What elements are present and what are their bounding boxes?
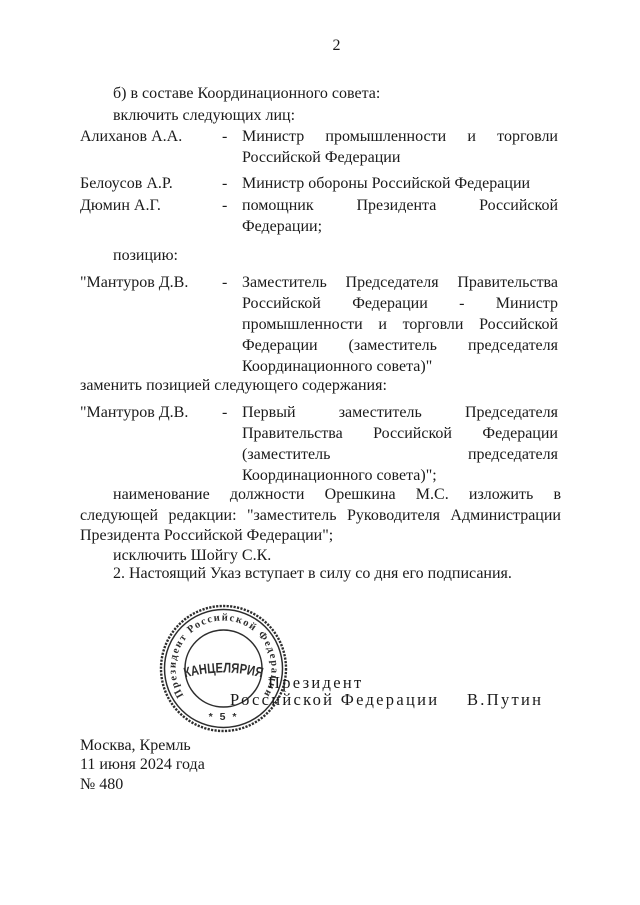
footer-date: 11 июня 2024 года [80, 755, 561, 774]
role-line: Координационного совета)"; [242, 465, 558, 486]
role-line: Правительства Российской Федерации [242, 423, 558, 444]
role-line: Министр промышленности и торговли [242, 126, 558, 147]
member-row-alikhanov: Алиханов А.А. - Министр промышленности и… [80, 126, 561, 168]
footer-number: № 480 [80, 775, 561, 794]
role-line: Российской Федерации [242, 147, 558, 168]
stamp-bottom-text: * 5 * [209, 711, 239, 723]
oreshkin-paragraph: наименование должности Орешкина М.С. изл… [80, 485, 561, 547]
footer-place: Москва, Кремль [80, 736, 561, 755]
dash-separator: - [222, 173, 242, 194]
include-line: включить следующих лиц: [80, 105, 561, 127]
clause-b-line: б) в составе Координационного совета: [80, 83, 561, 105]
position-intro-line: позицию: [80, 245, 561, 266]
role-line: промышленности и торговли Российской [242, 314, 558, 335]
decree-page: 2 б) в составе Координационного совета: … [0, 0, 640, 905]
member-name: Белоусов А.Р. [80, 173, 222, 194]
intro-paragraphs: б) в составе Координационного совета: вк… [80, 83, 561, 127]
replace-line: заменить позицией следующего содержания: [80, 375, 561, 396]
role-line: Первый заместитель Председателя [242, 402, 558, 423]
member-name: Алиханов А.А. [80, 126, 222, 147]
member-row-dyumin: Дюмин А.Г. - помощник Президента Российс… [80, 195, 561, 237]
dash-separator: - [222, 126, 242, 147]
stamp-center-text: КАНЦЕЛЯРИЯ [182, 659, 265, 680]
dash-separator: - [222, 195, 242, 216]
paragraph-line: наименование должности Орешкина М.С. изл… [80, 485, 561, 506]
role-line: Федерации (заместитель председателя [242, 335, 558, 356]
member-row-belousov: Белоусов А.Р. - Министр обороны Российск… [80, 173, 561, 194]
member-role: Министр промышленности и торговли Россий… [242, 126, 558, 168]
member-role: Министр обороны Российской Федерации [242, 173, 558, 194]
chancellery-stamp: Президент Российской Федерации КАНЦЕЛЯРИ… [158, 603, 289, 734]
role-line: Координационного совета)" [242, 356, 558, 377]
role-line: Федерации; [242, 216, 558, 237]
final-clause: 2. Настоящий Указ вступает в силу со дня… [80, 563, 561, 584]
footer-block: Москва, Кремль 11 июня 2024 года № 480 [80, 736, 561, 794]
position-row-manturov-new: "Мантуров Д.В. - Первый заместитель Пред… [80, 402, 561, 486]
member-name: "Мантуров Д.В. [80, 402, 222, 423]
member-role: Первый заместитель Председателя Правител… [242, 402, 558, 486]
role-line: Заместитель Председателя Правительства [242, 272, 558, 293]
position-row-manturov-old: "Мантуров Д.В. - Заместитель Председател… [80, 272, 561, 377]
dash-separator: - [222, 272, 242, 293]
paragraph-line: следующей редакции: "заместитель Руковод… [80, 506, 561, 527]
member-name: Дюмин А.Г. [80, 195, 222, 216]
page-number: 2 [0, 35, 640, 56]
role-line: Министр обороны Российской Федерации [242, 173, 558, 194]
paragraph-line: Президента Российской Федерации"; [80, 526, 561, 547]
role-line: помощник Президента Российской [242, 195, 558, 216]
member-role: помощник Президента Российской Федерации… [242, 195, 558, 237]
member-name: "Мантуров Д.В. [80, 272, 222, 293]
dash-separator: - [222, 402, 242, 423]
role-line: (заместитель председателя [242, 444, 558, 465]
signature-name: В.Путин [467, 690, 543, 709]
member-role: Заместитель Председателя Правительства Р… [242, 272, 558, 377]
role-line: Российской Федерации - Министр [242, 293, 558, 314]
